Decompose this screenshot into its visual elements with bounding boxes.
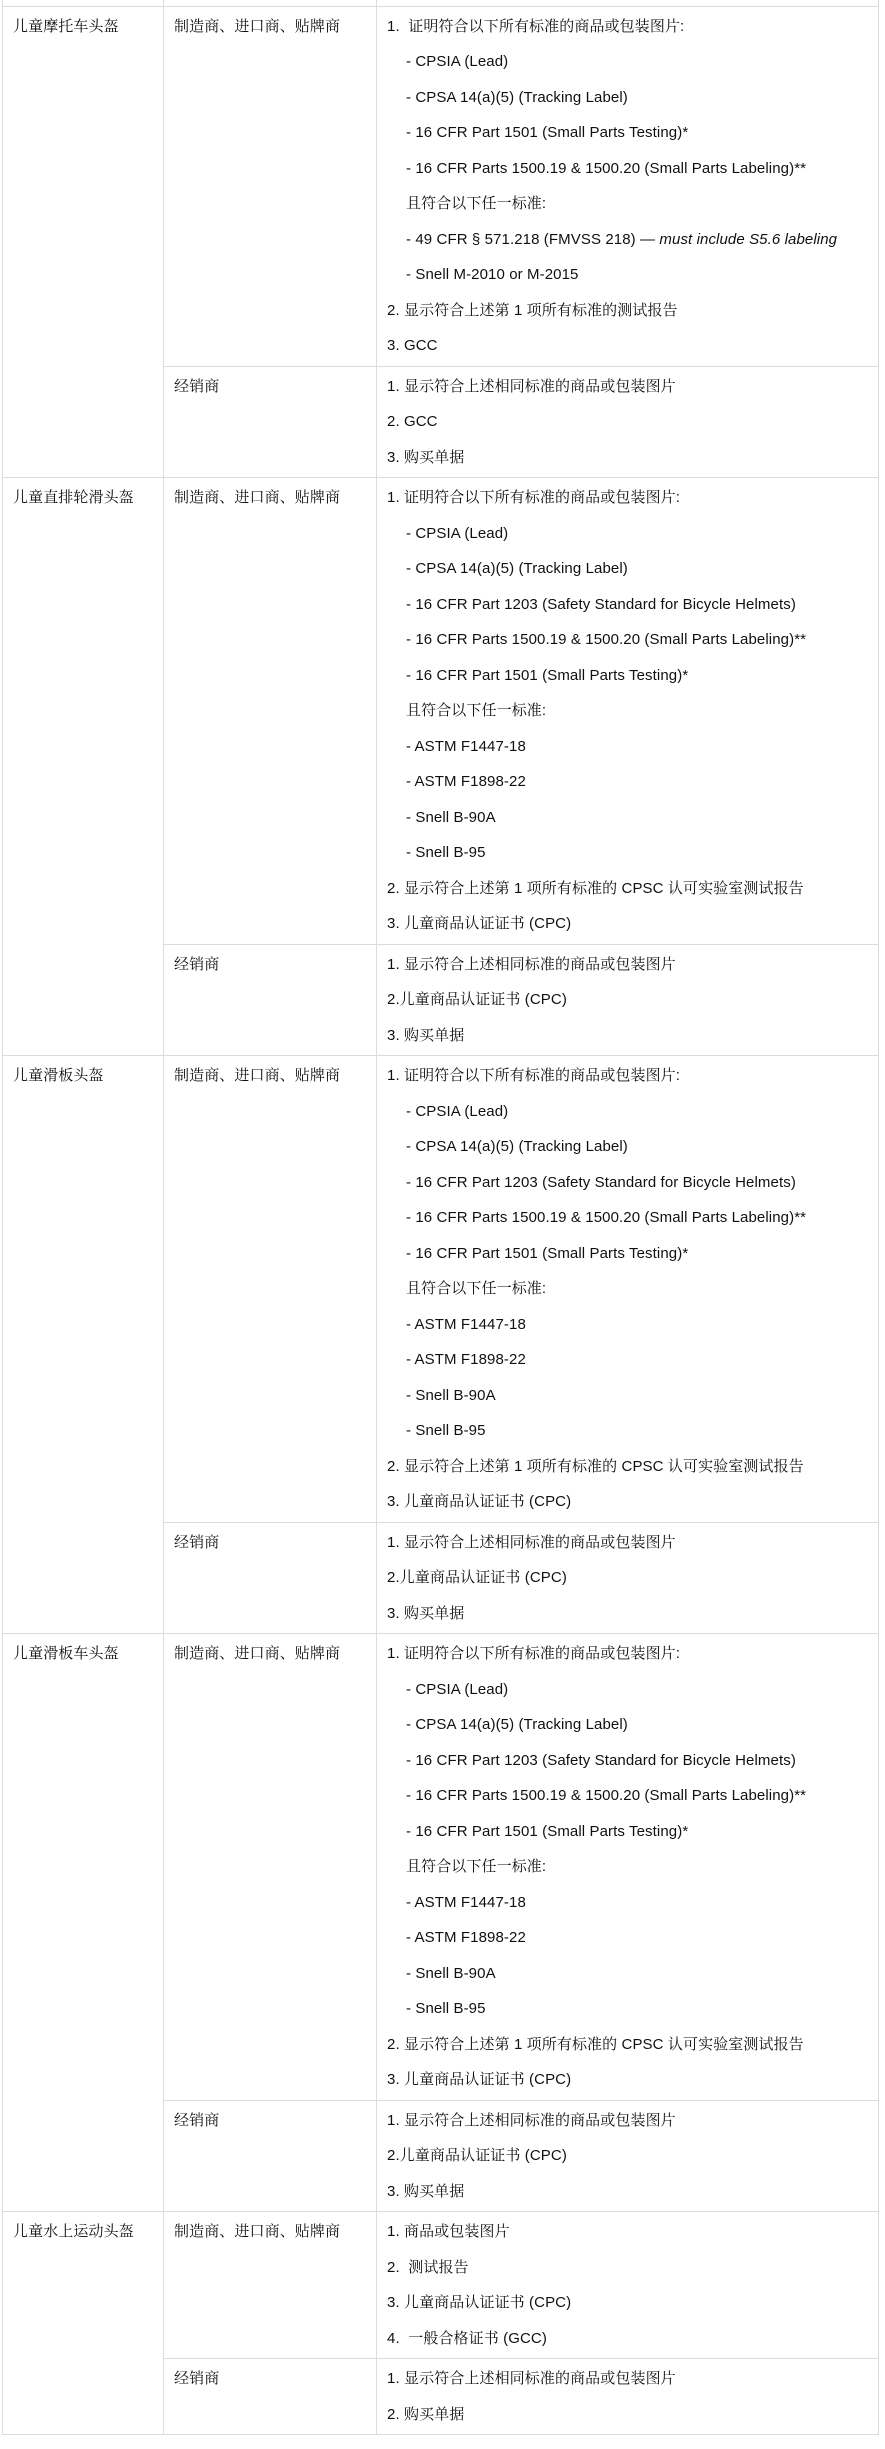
requirement-item: - CPSA 14(a)(5) (Tracking Label) [387, 80, 868, 116]
requirement-item: - 16 CFR Part 1501 (Small Parts Testing)… [387, 115, 868, 151]
requirement-item: - 16 CFR Parts 1500.19 & 1500.20 (Small … [387, 1200, 868, 1236]
requirement-item: - CPSIA (Lead) [387, 44, 868, 80]
requirements-cell: 1. 证明符合以下所有标准的商品或包装图片:- CPSIA (Lead)- CP… [377, 478, 879, 945]
seller-type-label: 制造商、进口商、贴牌商 [174, 1058, 366, 1094]
requirement-item: - ASTM F1898-22 [387, 764, 868, 800]
requirements-cell: 1. 显示符合上述相同标准的商品或包装图片2. 购买单据 [377, 2359, 879, 2435]
requirement-item: - Snell B-90A [387, 800, 868, 836]
table-row: 儿童滑板车头盔制造商、进口商、贴牌商1. 证明符合以下所有标准的商品或包装图片:… [3, 1634, 879, 2101]
requirement-item: - 49 CFR § 571.218 (FMVSS 218) — must in… [387, 222, 868, 258]
requirements-cell: 1. 证明符合以下所有标准的商品或包装图片:- CPSIA (Lead)- CP… [377, 1634, 879, 2101]
requirements-cell: 1. 商品或包装图片2. 测试报告3. 儿童商品认证证书 (CPC)4. 一般合… [377, 2212, 879, 2359]
product-name: 儿童直排轮滑头盔 [13, 480, 153, 516]
requirements-cell: 1. 显示符合上述相同标准的商品或包装图片2. GCC3. 购买单据 [377, 366, 879, 478]
requirement-item: 3. 儿童商品认证证书 (CPC) [387, 2285, 868, 2321]
requirement-item: 且符合以下任一标准: [387, 1271, 868, 1307]
requirement-item: 2. 显示符合上述第 1 项所有标准的 CPSC 认可实验室测试报告 [387, 2027, 868, 2063]
requirements-cell: 1. 显示符合上述相同标准的商品或包装图片2.儿童商品认证证书 (CPC)3. … [377, 2100, 879, 2212]
requirement-item: - Snell B-90A [387, 1956, 868, 1992]
requirement-item: - CPSIA (Lead) [387, 1094, 868, 1130]
seller-type-cell: 制造商、进口商、贴牌商 [164, 478, 377, 945]
seller-type-label: 制造商、进口商、贴牌商 [174, 2214, 366, 2250]
requirement-item: 2. 显示符合上述第 1 项所有标准的 CPSC 认可实验室测试报告 [387, 1449, 868, 1485]
seller-type-cell: 制造商、进口商、贴牌商 [164, 2212, 377, 2359]
requirement-item: 且符合以下任一标准: [387, 1849, 868, 1885]
italic-note: must include S5.6 labeling [659, 231, 837, 248]
seller-type-cell: 经销商 [164, 366, 377, 478]
requirement-item: 3. 购买单据 [387, 1596, 868, 1632]
requirement-item: - Snell B-95 [387, 835, 868, 871]
requirement-item: - 16 CFR Part 1501 (Small Parts Testing)… [387, 658, 868, 694]
table-row: 儿童滑板头盔制造商、进口商、贴牌商1. 证明符合以下所有标准的商品或包装图片:-… [3, 1056, 879, 1523]
requirement-item: - Snell M-2010 or M-2015 [387, 257, 868, 293]
requirement-item: - ASTM F1447-18 [387, 1307, 868, 1343]
seller-type-label: 经销商 [174, 2361, 366, 2397]
requirement-item: 1. 显示符合上述相同标准的商品或包装图片 [387, 947, 868, 983]
seller-type-cell: 制造商、进口商、贴牌商 [164, 1634, 377, 2101]
product-cell: 儿童直排轮滑头盔 [3, 478, 164, 1056]
requirement-item: 2.儿童商品认证证书 (CPC) [387, 982, 868, 1018]
requirement-item: 1. 证明符合以下所有标准的商品或包装图片: [387, 480, 868, 516]
requirement-item: 1. 证明符合以下所有标准的商品或包装图片: [387, 1058, 868, 1094]
compliance-table-body: 儿童摩托车头盔制造商、进口商、贴牌商1. 证明符合以下所有标准的商品或包装图片:… [3, 0, 879, 2435]
seller-type-cell: 制造商、进口商、贴牌商 [164, 6, 377, 366]
requirement-item: 3. 购买单据 [387, 1018, 868, 1054]
seller-type-cell: 制造商、进口商、贴牌商 [164, 1056, 377, 1523]
requirement-item: - Snell B-95 [387, 1991, 868, 2027]
requirements-cell: 1. 显示符合上述相同标准的商品或包装图片2.儿童商品认证证书 (CPC)3. … [377, 944, 879, 1056]
requirement-item: 2. 购买单据 [387, 2397, 868, 2433]
requirement-item: - 16 CFR Part 1203 (Safety Standard for … [387, 587, 868, 623]
requirement-item: 3. 购买单据 [387, 2174, 868, 2210]
seller-type-label: 经销商 [174, 947, 366, 983]
requirement-item: 1. 商品或包装图片 [387, 2214, 868, 2250]
product-name: 儿童摩托车头盔 [13, 9, 153, 45]
requirement-item: - CPSA 14(a)(5) (Tracking Label) [387, 1129, 868, 1165]
requirement-item: 3. 购买单据 [387, 440, 868, 476]
requirement-item: - CPSIA (Lead) [387, 1672, 868, 1708]
requirement-item: - 16 CFR Parts 1500.19 & 1500.20 (Small … [387, 1778, 868, 1814]
requirement-item: - Snell B-90A [387, 1378, 868, 1414]
requirement-item: - 16 CFR Parts 1500.19 & 1500.20 (Small … [387, 151, 868, 187]
requirement-item: 且符合以下任一标准: [387, 693, 868, 729]
requirement-item: 2. GCC [387, 404, 868, 440]
requirement-item: 1. 证明符合以下所有标准的商品或包装图片: [387, 9, 868, 45]
seller-type-label: 制造商、进口商、贴牌商 [174, 9, 366, 45]
seller-type-label: 经销商 [174, 1525, 366, 1561]
requirement-item: 3. 儿童商品认证证书 (CPC) [387, 906, 868, 942]
requirement-item: - CPSA 14(a)(5) (Tracking Label) [387, 551, 868, 587]
seller-type-cell: 经销商 [164, 2359, 377, 2435]
requirement-item: - ASTM F1898-22 [387, 1342, 868, 1378]
requirement-item: 3. 儿童商品认证证书 (CPC) [387, 1484, 868, 1520]
requirement-item: - 16 CFR Part 1501 (Small Parts Testing)… [387, 1236, 868, 1272]
requirement-item: - ASTM F1447-18 [387, 1885, 868, 1921]
seller-type-label: 制造商、进口商、贴牌商 [174, 1636, 366, 1672]
requirement-item: - 16 CFR Part 1501 (Small Parts Testing)… [387, 1814, 868, 1850]
requirement-item: 2.儿童商品认证证书 (CPC) [387, 2138, 868, 2174]
product-cell: 儿童水上运动头盔 [3, 2212, 164, 2435]
compliance-requirements-table: 儿童摩托车头盔制造商、进口商、贴牌商1. 证明符合以下所有标准的商品或包装图片:… [2, 0, 879, 2435]
seller-type-cell: 经销商 [164, 944, 377, 1056]
requirement-item: 3. GCC [387, 328, 868, 364]
requirement-item: 1. 证明符合以下所有标准的商品或包装图片: [387, 1636, 868, 1672]
requirement-item: 2. 显示符合上述第 1 项所有标准的 CPSC 认可实验室测试报告 [387, 871, 868, 907]
requirement-item: - CPSIA (Lead) [387, 516, 868, 552]
seller-type-cell: 经销商 [164, 2100, 377, 2212]
product-cell: 儿童摩托车头盔 [3, 6, 164, 478]
requirement-item: - ASTM F1898-22 [387, 1920, 868, 1956]
requirement-item: 2. 测试报告 [387, 2250, 868, 2286]
product-name: 儿童水上运动头盔 [13, 2214, 153, 2250]
product-cell: 儿童滑板车头盔 [3, 1634, 164, 2212]
product-cell: 儿童滑板头盔 [3, 1056, 164, 1634]
requirements-cell: 1. 证明符合以下所有标准的商品或包装图片:- CPSIA (Lead)- CP… [377, 1056, 879, 1523]
requirement-item: - ASTM F1447-18 [387, 729, 868, 765]
table-row: 儿童直排轮滑头盔制造商、进口商、贴牌商1. 证明符合以下所有标准的商品或包装图片… [3, 478, 879, 945]
product-name: 儿童滑板头盔 [13, 1058, 153, 1094]
requirement-item: 2.儿童商品认证证书 (CPC) [387, 1560, 868, 1596]
seller-type-label: 经销商 [174, 369, 366, 405]
requirement-item: 1. 显示符合上述相同标准的商品或包装图片 [387, 2361, 868, 2397]
requirement-item: 2. 显示符合上述第 1 项所有标准的测试报告 [387, 293, 868, 329]
requirement-item: - 16 CFR Parts 1500.19 & 1500.20 (Small … [387, 622, 868, 658]
seller-type-cell: 经销商 [164, 1522, 377, 1634]
requirement-item: - CPSA 14(a)(5) (Tracking Label) [387, 1707, 868, 1743]
requirement-item: 4. 一般合格证书 (GCC) [387, 2321, 868, 2357]
product-name: 儿童滑板车头盔 [13, 1636, 153, 1672]
requirement-item: 且符合以下任一标准: [387, 186, 868, 222]
requirement-item: 3. 儿童商品认证证书 (CPC) [387, 2062, 868, 2098]
requirement-item: 1. 显示符合上述相同标准的商品或包装图片 [387, 1525, 868, 1561]
requirements-cell: 1. 证明符合以下所有标准的商品或包装图片:- CPSIA (Lead)- CP… [377, 6, 879, 366]
requirement-item: - Snell B-95 [387, 1413, 868, 1449]
compliance-requirements-page: 儿童摩托车头盔制造商、进口商、贴牌商1. 证明符合以下所有标准的商品或包装图片:… [0, 0, 885, 2435]
table-row: 儿童水上运动头盔制造商、进口商、贴牌商1. 商品或包装图片2. 测试报告3. 儿… [3, 2212, 879, 2359]
requirement-item: 1. 显示符合上述相同标准的商品或包装图片 [387, 369, 868, 405]
requirement-item: - 16 CFR Part 1203 (Safety Standard for … [387, 1165, 868, 1201]
requirement-item: - 16 CFR Part 1203 (Safety Standard for … [387, 1743, 868, 1779]
requirements-cell: 1. 显示符合上述相同标准的商品或包装图片2.儿童商品认证证书 (CPC)3. … [377, 1522, 879, 1634]
seller-type-label: 经销商 [174, 2103, 366, 2139]
requirement-item: 1. 显示符合上述相同标准的商品或包装图片 [387, 2103, 868, 2139]
table-row: 儿童摩托车头盔制造商、进口商、贴牌商1. 证明符合以下所有标准的商品或包装图片:… [3, 6, 879, 366]
seller-type-label: 制造商、进口商、贴牌商 [174, 480, 366, 516]
